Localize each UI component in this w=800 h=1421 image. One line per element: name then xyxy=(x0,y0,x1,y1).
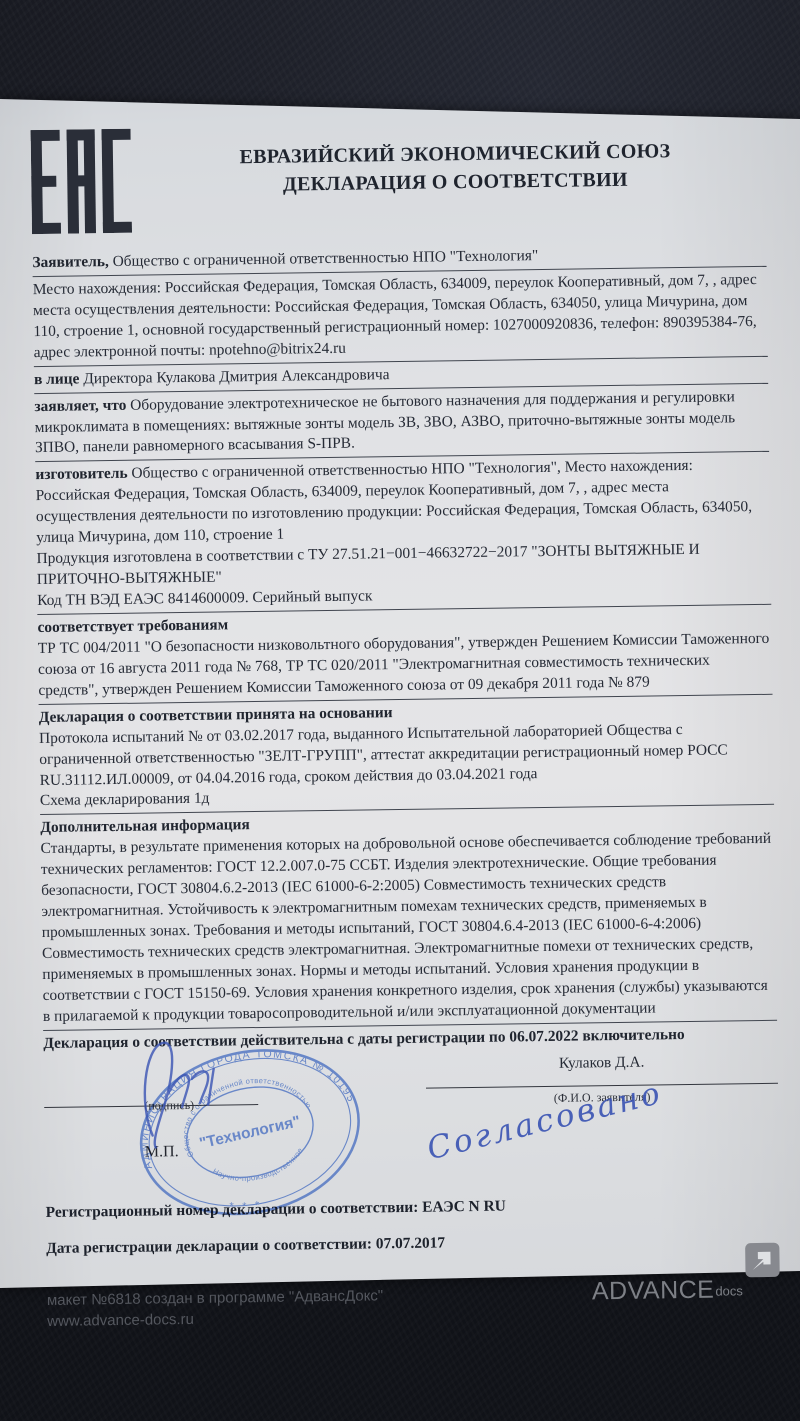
basis-heading-text: Декларация о соответствии принята на осн… xyxy=(39,704,393,726)
document-photo: ЕВРАЗИЙСКИЙ ЭКОНОМИЧЕСКИЙ СОЮЗ ДЕКЛАРАЦИ… xyxy=(0,0,800,1421)
in-person-value: Директора Кулакова Дмитрия Александрович… xyxy=(83,366,389,387)
additional-paragraph: Стандарты, в результате применения котор… xyxy=(40,829,777,1031)
applicant-value: Общество с ограниченной ответственностью… xyxy=(113,247,539,270)
advancedocs-logo-text: ADVANCE xyxy=(592,1278,715,1305)
declaration-document: ЕВРАЗИЙСКИЙ ЭКОНОМИЧЕСКИЙ СОЮЗ ДЕКЛАРАЦИ… xyxy=(0,93,800,1333)
address-paragraph: Место нахождения: Российская Федерация, … xyxy=(33,270,768,367)
document-header: ЕВРАЗИЙСКИЙ ЭКОНОМИЧЕСКИЙ СОЮЗ ДЕКЛАРАЦИ… xyxy=(31,120,766,241)
eac-logo-icon xyxy=(31,129,133,241)
basis-paragraph: Протокола испытаний № от 03.02.2017 года… xyxy=(39,718,774,791)
advancedocs-logo-suffix: docs xyxy=(715,1283,743,1303)
applicant-fio: Кулаков Д.А. xyxy=(426,1050,778,1076)
advancedocs-arrow-icon xyxy=(744,1241,781,1284)
declares-label: заявляет, что xyxy=(34,396,126,414)
declares-paragraph: заявляет, что Оборудование электротехнич… xyxy=(34,386,769,462)
complies-heading-text: соответствует требованиям xyxy=(37,616,228,636)
additional-heading-text: Дополнительная информация xyxy=(40,816,250,836)
manufacturer-paragraph: изготовитель Общество с ограниченной отв… xyxy=(35,455,770,549)
in-person-label: в лице xyxy=(34,370,80,388)
manufacturer-label: изготовитель xyxy=(35,465,127,483)
signature-block: (подпись) М.П. Кулаков Д.А. (Ф.И.О. заяв… xyxy=(43,1044,779,1202)
declares-value: Оборудование электротехническое не бытов… xyxy=(35,388,736,457)
complies-paragraph: ТР ТС 004/2011 "О безопасности низковоль… xyxy=(38,629,773,705)
applicant-label: Заявитель, xyxy=(32,253,109,271)
pen-signature xyxy=(121,1030,243,1159)
advancedocs-logo: ADVANCEdocs xyxy=(591,1241,781,1304)
document-title: ЕВРАЗИЙСКИЙ ЭКОНОМИЧЕСКИЙ СОЮЗ ДЕКЛАРАЦИ… xyxy=(145,120,766,240)
manufacturer-value: Общество с ограниченной ответственностью… xyxy=(36,457,753,546)
